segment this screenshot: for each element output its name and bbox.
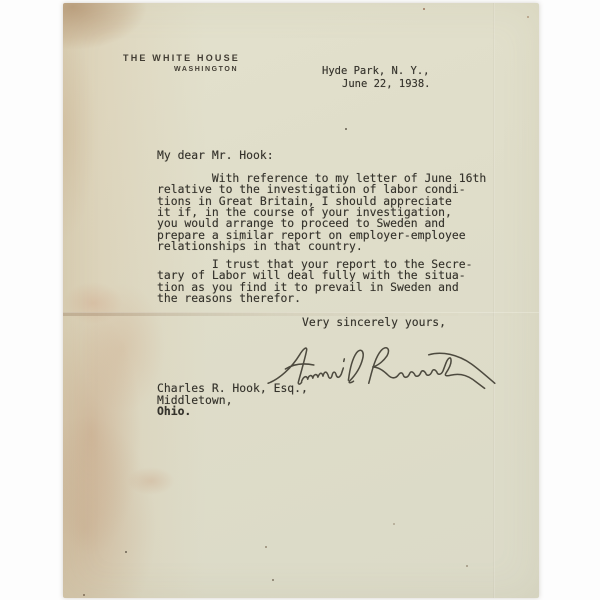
letterhead-line2: WASHINGTON (174, 66, 240, 73)
body-line: relationships in that country. (157, 241, 486, 252)
salutation: My dear Mr. Hook: (157, 148, 274, 162)
vertical-crease (493, 3, 495, 598)
scanned-letter-photo: THE WHITE HOUSE WASHINGTON Hyde Park, N.… (0, 0, 600, 600)
letterhead-line1: THE WHITE HOUSE (123, 53, 240, 63)
body-paragraph-2: I trust that your report to the Secre- t… (157, 259, 472, 304)
horizontal-fold-crease (63, 312, 539, 316)
closing-valediction: Very sincerely yours, (302, 315, 446, 329)
letter-paper: THE WHITE HOUSE WASHINGTON Hyde Park, N.… (63, 3, 539, 598)
dateline-date: June 22, 1938. (342, 78, 431, 91)
recipient-address: Charles R. Hook, Esq., Middletown, Ohio. (157, 383, 308, 418)
paper-specks (63, 3, 65, 5)
recipient-state: Ohio. (157, 406, 308, 418)
body-paragraph-1: With reference to my letter of June 16th… (157, 173, 486, 252)
letterhead: THE WHITE HOUSE WASHINGTON (123, 53, 240, 73)
dateline-place: Hyde Park, N. Y., (322, 65, 431, 78)
body-line: the reasons therefor. (157, 293, 472, 304)
dateline: Hyde Park, N. Y., June 22, 1938. (322, 65, 431, 90)
